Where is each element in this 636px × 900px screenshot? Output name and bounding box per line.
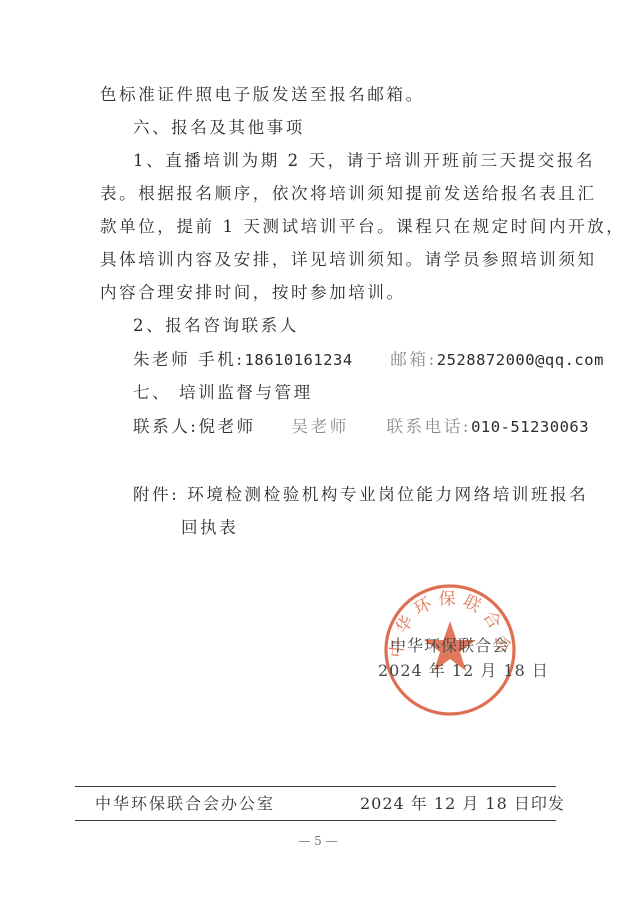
contact-name-wu: 吴老师 <box>292 417 349 436</box>
page-number: — 5 — <box>0 834 636 848</box>
signature-date: 2024 年 12 月 18 日 <box>378 661 549 681</box>
contact-label: 联系人: <box>133 417 198 436</box>
signature-org: 中华环保联合会 <box>390 636 509 656</box>
paragraph-line: 色标准证件照电子版发送至报名邮箱。 <box>100 84 425 106</box>
tel-label: 联系电话: <box>387 417 472 436</box>
phone-number: 18610161234 <box>245 351 353 369</box>
contact-name: 朱老师 <box>133 350 190 369</box>
paragraph-line: 具体培训内容及安排，详见培训须知。请学员参照培训须知 <box>100 249 597 271</box>
contact-line-2: 联系人:倪老师 吴老师 联系电话:010-51230063 <box>133 416 589 438</box>
contact-name-ni: 倪老师 <box>198 417 255 436</box>
attachment-line: 附件: 环境检测检验机构专业岗位能力网络培训班报名 <box>133 484 588 506</box>
email-label: 邮箱: <box>390 350 436 369</box>
paragraph-line: 1、直播培训为期 2 天，请于培训开班前三天提交报名 <box>133 150 595 172</box>
email-address: 2528872000@qq.com <box>437 351 604 369</box>
attachment-title: 环境检测检验机构专业岗位能力网络培训班报名 <box>187 485 588 504</box>
paragraph-line: 款单位，提前 1 天测试培训平台。课程只在规定时间内开放， <box>100 216 625 238</box>
tel-number: 010-51230063 <box>471 418 589 436</box>
contact-line-1: 朱老师 手机:18610161234 邮箱:2528872000@qq.com <box>133 349 604 371</box>
section-heading-6: 六、报名及其他事项 <box>133 117 305 139</box>
footer-issuer: 中华环保联合会办公室 <box>95 794 275 814</box>
footer-issue-date: 2024 年 12 月 18 日印发 <box>360 794 565 814</box>
section-heading-7: 七、 培训监督与管理 <box>133 382 313 404</box>
paragraph-line: 表。根据报名顺序，依次将培训须知提前发送给报名表且汇 <box>100 183 597 205</box>
attachment-label: 附件: <box>133 485 179 504</box>
footer-top-rule <box>75 786 556 787</box>
subheading-contact: 2、报名咨询联系人 <box>133 315 299 337</box>
footer-bottom-rule <box>75 820 556 821</box>
attachment-title-cont: 回执表 <box>181 517 238 539</box>
paragraph-line: 内容合理安排时间，按时参加培训。 <box>100 282 406 304</box>
phone-label: 手机: <box>198 350 244 369</box>
